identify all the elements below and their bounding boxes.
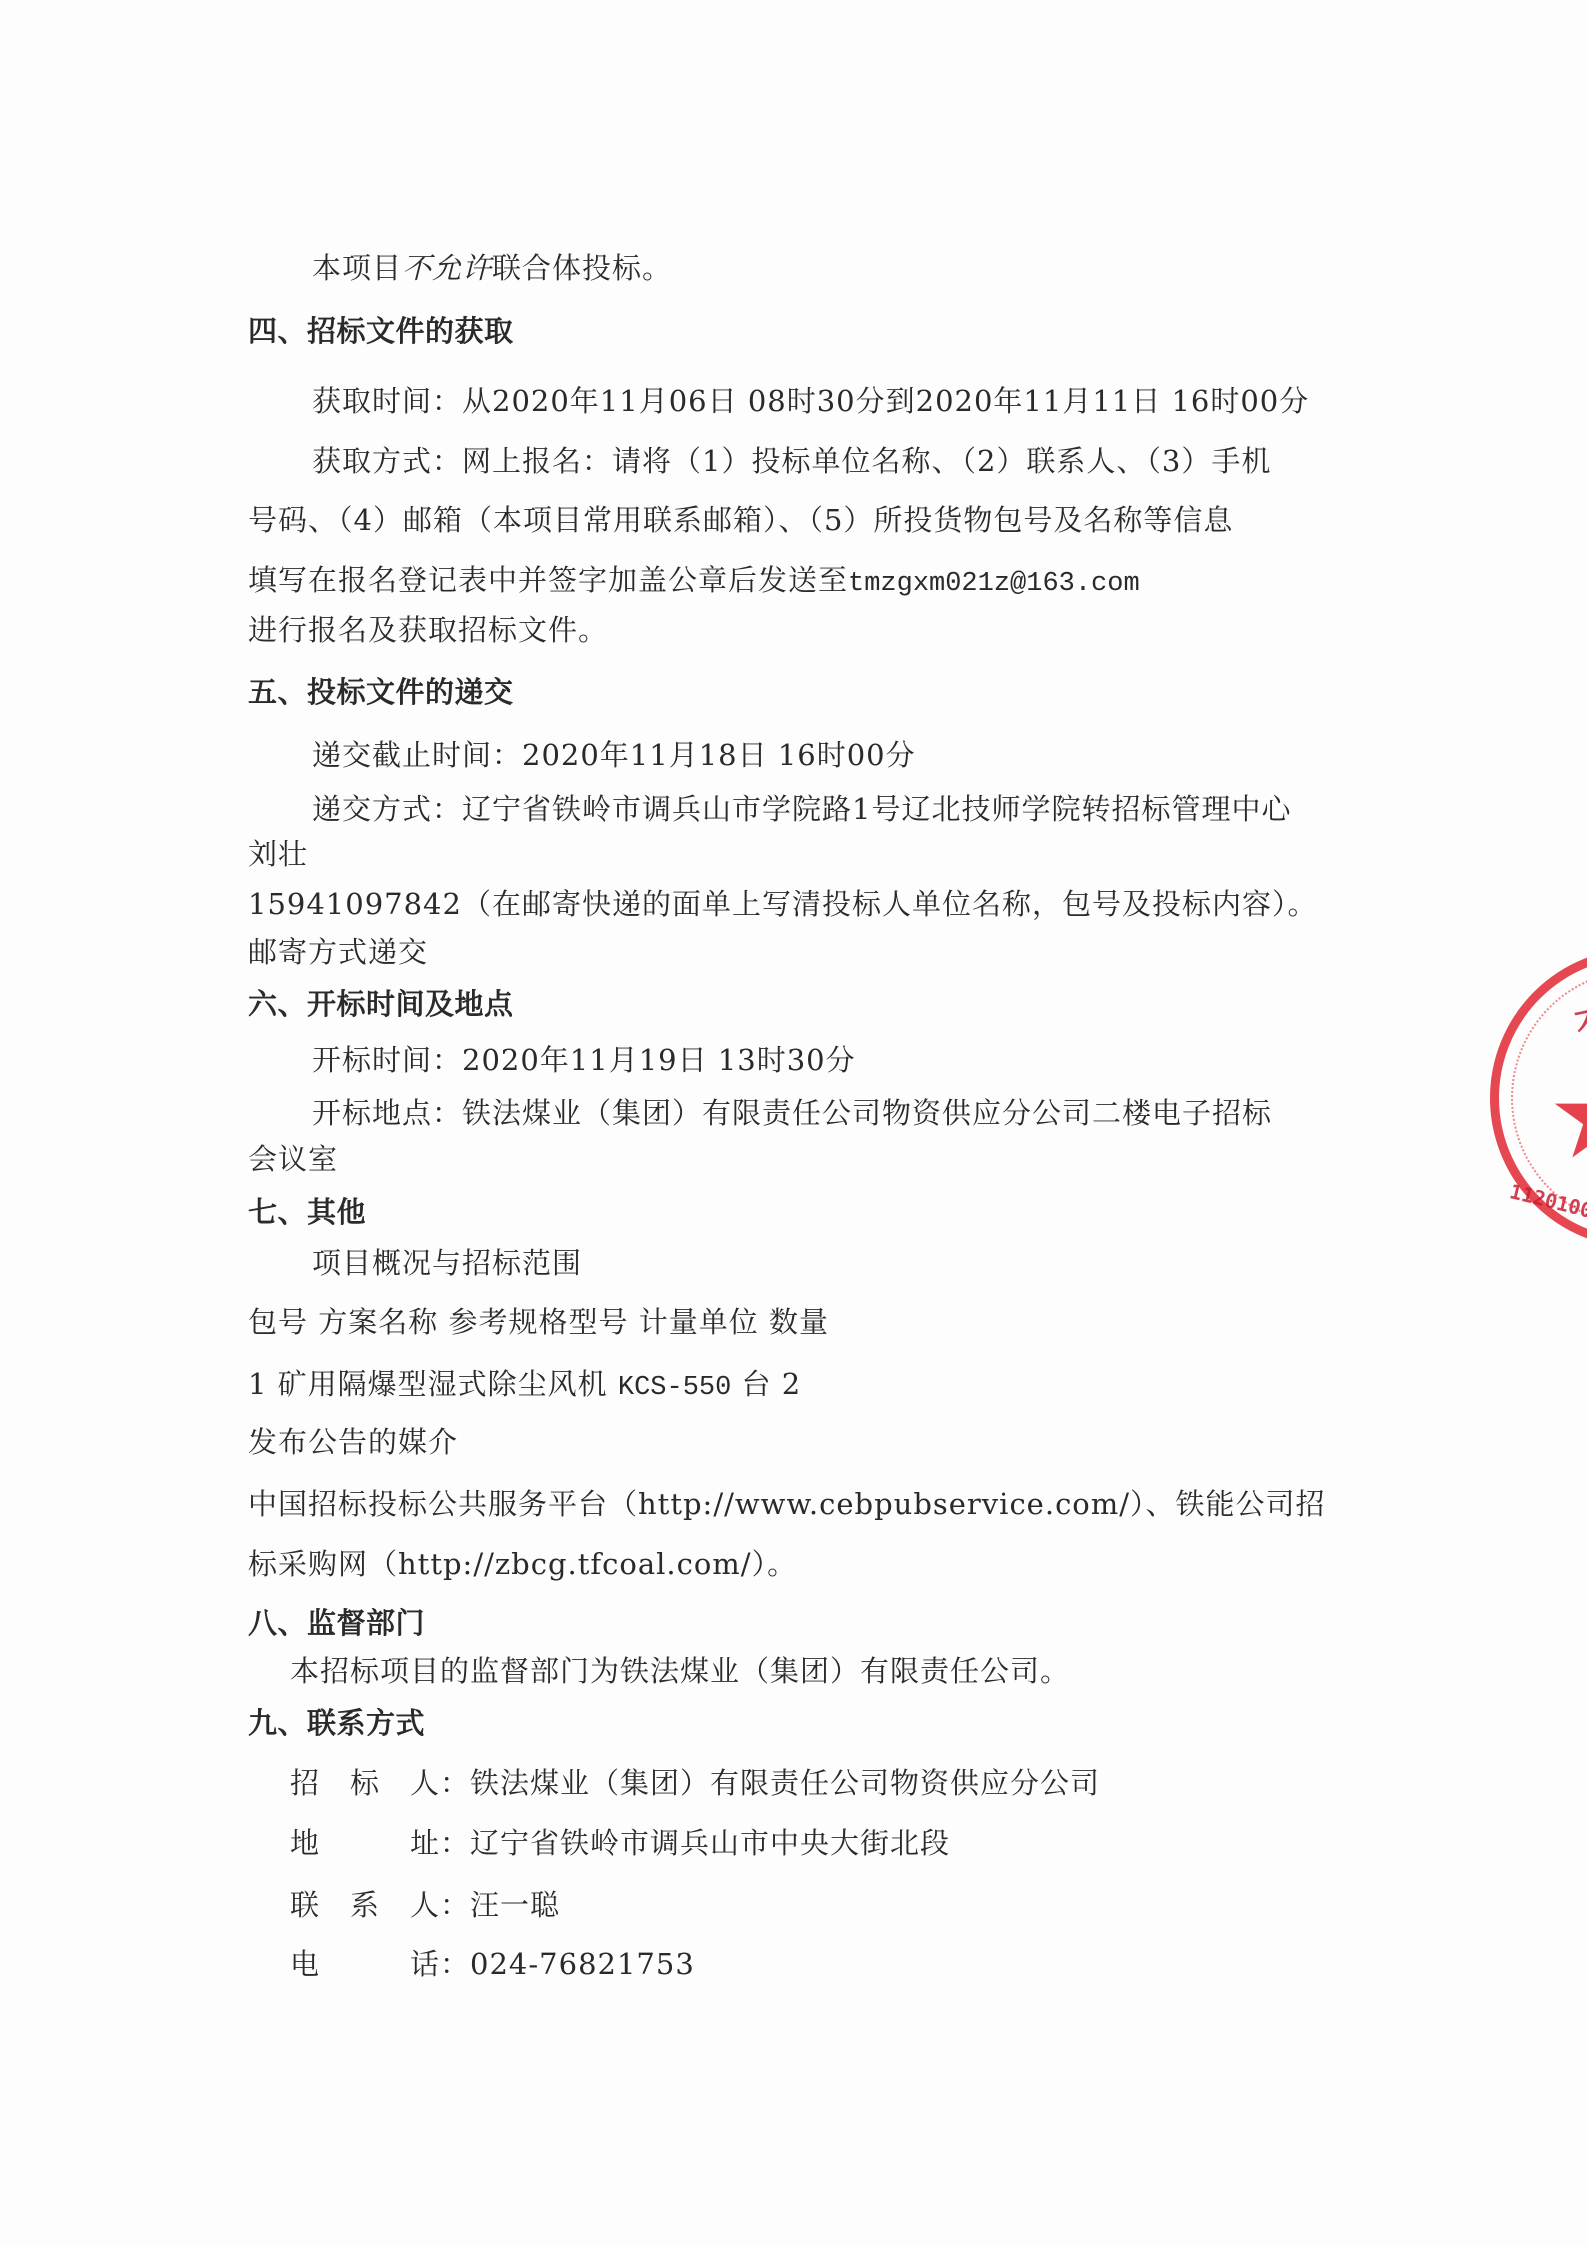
contact-address: 地址：辽宁省铁岭市调兵山市中央大街北段: [290, 1823, 950, 1863]
contact-value: 024-76821753: [470, 1947, 695, 1981]
star-icon: ★: [1547, 1057, 1587, 1177]
section4-heading: 四、招标文件的获取: [248, 311, 514, 351]
contact-value: 汪一聪: [470, 1888, 560, 1922]
intro-prefix: 本项目: [312, 251, 402, 285]
cell-plan-name: 矿用隔爆型湿式除尘风机: [278, 1367, 608, 1401]
contact-person: 联系人：汪一聪: [290, 1885, 560, 1925]
media-line-2[interactable]: 标采购网（http://zbcg.tfcoal.com/）。: [248, 1544, 797, 1584]
acquisition-method-text: 填写在报名登记表中并签字加盖公章后发送至: [248, 563, 848, 597]
contact-value: 铁法煤业（集团）有限责任公司物资供应分公司: [470, 1766, 1100, 1800]
scope-table-header: 包号 方案名称 参考规格型号 计量单位 数量: [248, 1302, 829, 1342]
cell-quantity: 2: [782, 1367, 801, 1401]
opening-place-line-1: 开标地点：铁法煤业（集团）有限责任公司物资供应分公司二楼电子招标: [312, 1093, 1272, 1133]
table-header-spec-model: 参考规格型号: [448, 1305, 628, 1339]
cell-package-no: 1: [248, 1367, 267, 1401]
contact-value: 辽宁省铁岭市调兵山市中央大街北段: [470, 1826, 950, 1860]
acquisition-method-line-3: 填写在报名登记表中并签字加盖公章后发送至tmzgxm021z@163.com: [248, 560, 1140, 604]
section5-heading: 五、投标文件的递交: [248, 672, 514, 712]
intro-suffix: 联合体投标。: [492, 251, 672, 285]
submission-method-line-4: 邮寄方式递交: [248, 932, 428, 972]
submission-deadline: 递交截止时间：2020年11月18日 16时00分: [312, 735, 916, 775]
submission-method-line-1: 递交方式：辽宁省铁岭市调兵山市学院路1号辽北技师学院转招标管理中心: [312, 789, 1291, 829]
table-header-unit: 计量单位: [639, 1305, 759, 1339]
acquisition-method-line-1: 获取方式：网上报名：请将（1）投标单位名称、（2）联系人、（3）手机: [312, 441, 1271, 481]
opening-time: 开标时间：2020年11月19日 13时30分: [312, 1040, 856, 1080]
contact-label: 联系人: [290, 1885, 440, 1925]
contact-label: 地址: [290, 1823, 440, 1863]
joint-bid-notice: 本项目不允许联合体投标。: [312, 248, 672, 288]
contact-label: 电话: [290, 1944, 440, 1984]
company-seal-stamp: 有限责 ★ 1120100: [1490, 948, 1587, 1248]
section9-heading: 九、联系方式: [248, 1703, 425, 1743]
contact-phone: 电话：024-76821753: [290, 1944, 695, 1984]
acquisition-method-line-2: 号码、（4）邮箱（本项目常用联系邮箱）、（5）所投货物包号及名称等信息: [248, 500, 1233, 540]
table-row: 1 矿用隔爆型湿式除尘风机 KCS-550 台 2: [248, 1364, 801, 1408]
supervision-text: 本招标项目的监督部门为铁法煤业（集团）有限责任公司。: [290, 1651, 1070, 1691]
acquisition-method-line-4: 进行报名及获取招标文件。: [248, 610, 608, 650]
submission-method-line-3: 15941097842（在邮寄快递的面单上写清投标人单位名称，包号及投标内容）。: [248, 884, 1317, 924]
section7-heading: 七、其他: [248, 1192, 366, 1232]
cell-spec-model: KCS-550: [618, 1373, 731, 1403]
media-heading: 发布公告的媒介: [248, 1422, 458, 1462]
submission-method-line-2: 刘壮: [248, 834, 308, 874]
contact-label: 招标人: [290, 1763, 440, 1803]
intro-emphasis: 不允许: [402, 251, 492, 285]
table-header-quantity: 数量: [769, 1305, 829, 1339]
contact-tenderer: 招标人：铁法煤业（集团）有限责任公司物资供应分公司: [290, 1763, 1100, 1803]
opening-place-line-2: 会议室: [248, 1139, 338, 1179]
section6-heading: 六、开标时间及地点: [248, 984, 514, 1024]
acquisition-time: 获取时间：从2020年11月06日 08时30分到2020年11月11日 16时…: [312, 381, 1309, 421]
cell-unit: 台: [742, 1367, 772, 1401]
table-header-plan-name: 方案名称: [318, 1305, 438, 1339]
table-header-package-no: 包号: [248, 1305, 308, 1339]
media-line-1[interactable]: 中国招标投标公共服务平台（http://www.cebpubservice.co…: [248, 1484, 1326, 1524]
section8-heading: 八、监督部门: [248, 1603, 425, 1643]
project-overview-subheading: 项目概况与招标范围: [312, 1243, 582, 1283]
registration-email-link[interactable]: tmzgxm021z@163.com: [848, 569, 1140, 599]
